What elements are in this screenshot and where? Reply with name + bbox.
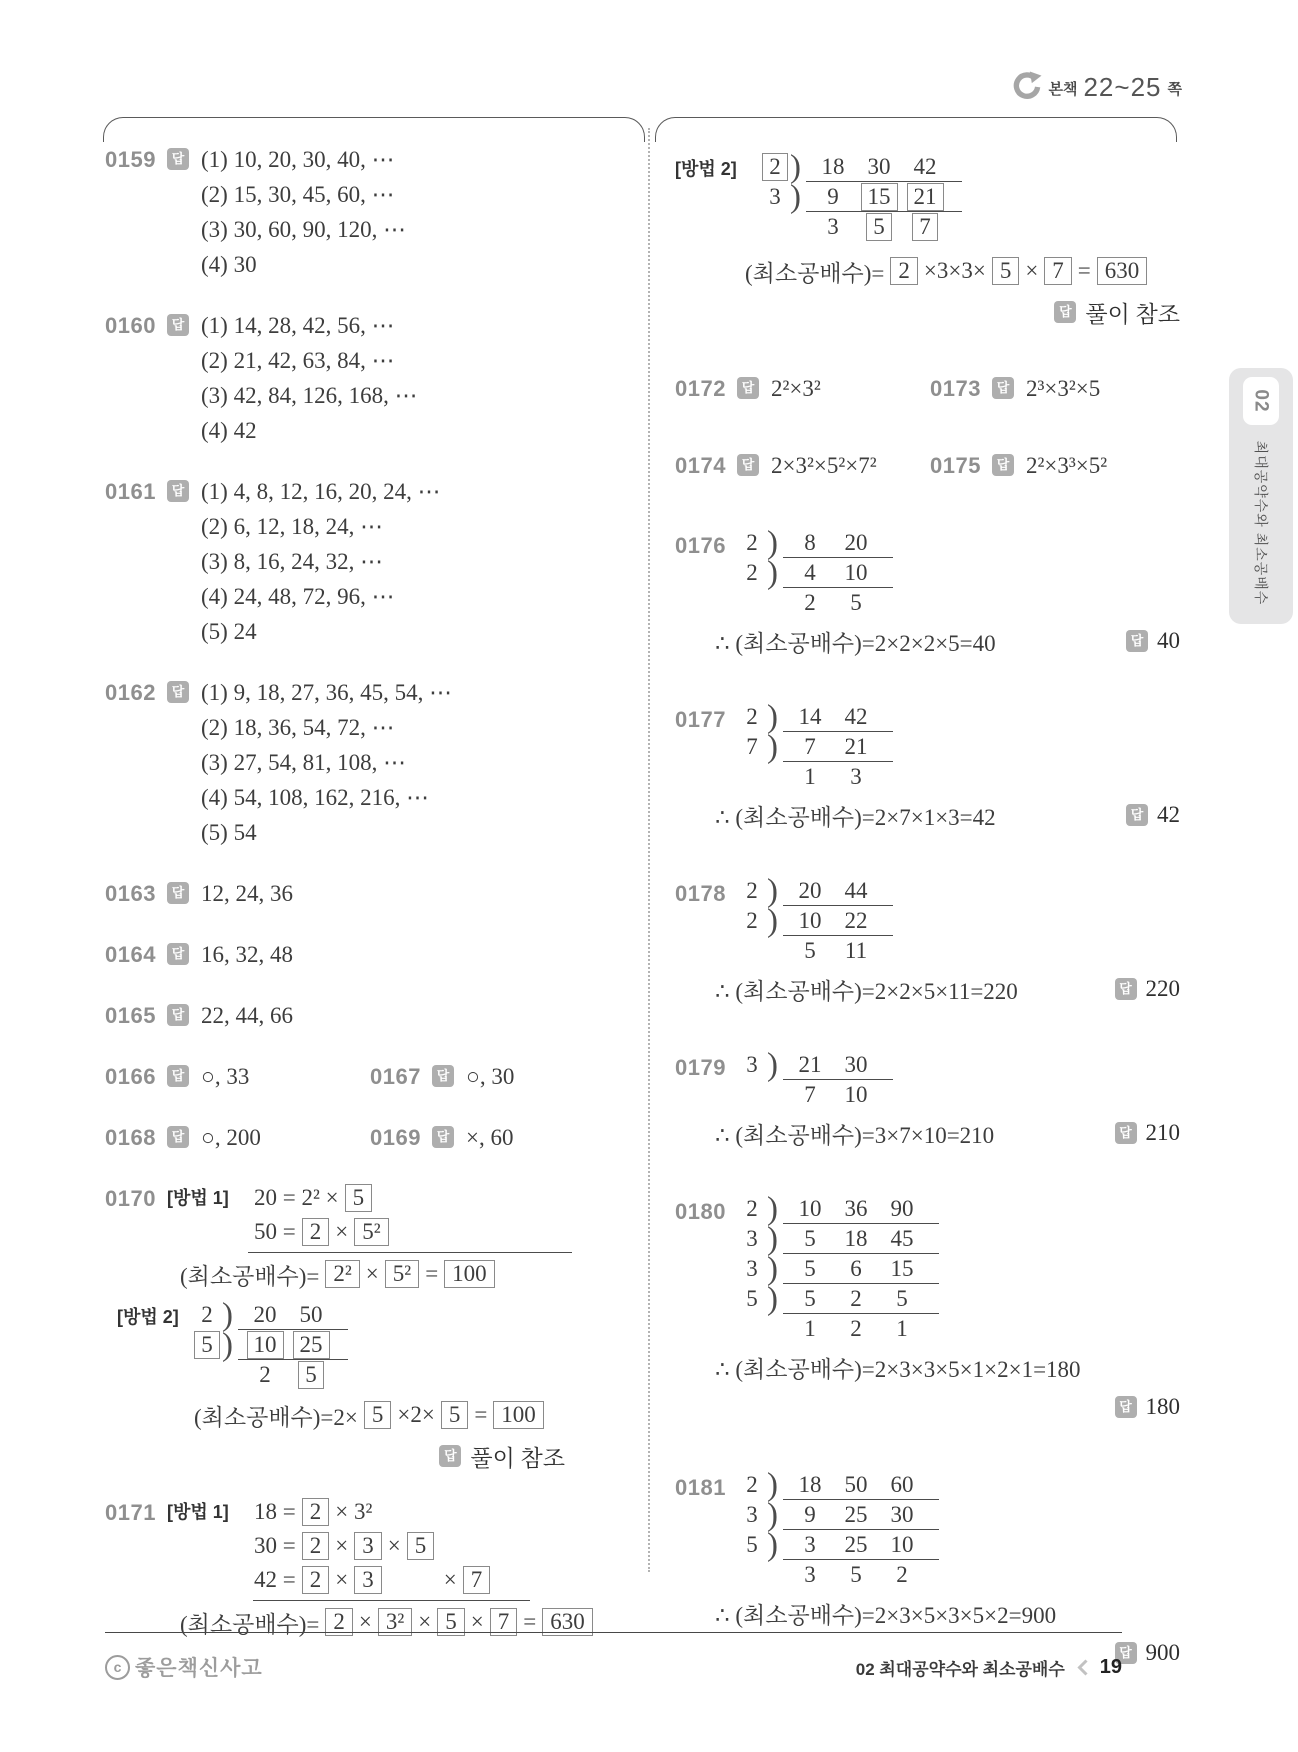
answer-list-item: (1) 4, 8, 12, 16, 20, 24, ⋯ [201,474,441,509]
division-cells: 103690 [783,1194,939,1224]
answer-list-item: (4) 42 [201,413,418,448]
answer-badge: 답 [1115,978,1137,1000]
division-cell: 10 [242,1331,288,1359]
answer-value: 풀이 참조 [1085,296,1180,329]
answer-text: 2²×3² [771,371,821,406]
factorization-line: 50 =2×5² [252,1215,393,1249]
method1-label: [방법 1] [167,1495,252,1530]
divisor: 2 [737,876,767,906]
division-paren: ) [767,876,783,906]
division-cell: 9 [787,1502,833,1528]
boxed-value: 5 [441,1401,469,1429]
divisor [737,936,767,966]
division-paren: ) [222,1300,238,1330]
division-cell: 30 [856,154,902,180]
division-table: 2)8202)41025 [737,528,893,618]
division-cell: 18 [787,1472,833,1498]
division-row: 3)2130 [737,1050,893,1080]
boxed-value: 630 [1097,257,1148,285]
conclusion-row: ∴ (최소공배수)=2×3×3×5×1×2×1=180 [715,1351,1180,1383]
division-cell: 25 [288,1331,334,1359]
problem-number: 0170 [105,1181,167,1216]
answer-badge: 답 [737,454,759,476]
division-paren: ) [767,1050,783,1080]
answer-badge: 답 [992,377,1014,399]
answer-list-item: (1) 10, 20, 30, 40, ⋯ [201,142,406,177]
problem-0171: 0171 [방법 1] 18 =2× 3² 30 =2×3×5 42 =2×3×… [105,1495,565,1639]
division-paren: ) [790,152,806,182]
division-cell: 2 [833,1316,879,1342]
boxed-value: 5 [992,257,1020,285]
division-cell: 18 [833,1226,879,1252]
answer-list: (1) 14, 28, 42, 56, ⋯(2) 21, 42, 63, 84,… [201,308,418,448]
division-cell: 90 [879,1196,925,1222]
division-cell: 3 [810,214,856,240]
answer-text: ×, 60 [466,1120,513,1155]
boxed-value: 5² [354,1218,388,1246]
conclusion-row: ∴ (최소공배수)=2×2×5×11=220 답 220 [715,973,1180,1005]
divisor: 2 [737,1194,767,1224]
answer-text: ○, 33 [201,1059,249,1094]
problem-0161: 0161 답 (1) 4, 8, 12, 16, 20, 24, ⋯(2) 6,… [105,474,565,649]
problem-0164: 0164 답 16, 32, 48 [105,937,565,972]
math-token: ×3×3× [924,258,986,284]
method2-block: [방법 2] 2)20505)102525 [117,1300,565,1390]
page-number: 19 [1100,1656,1122,1679]
problem-0170: 0170 [방법 1] 20 = 2² ×5 50 =2×5² (최소공배수)=… [105,1181,565,1471]
problem-0160: 0160 답 (1) 14, 28, 42, 56, ⋯(2) 21, 42, … [105,308,565,448]
answer-list-item: (3) 8, 16, 24, 32, ⋯ [201,544,441,579]
division-cell: 10 [787,908,833,934]
divisor: 3 [737,1050,767,1080]
division-row: 2)185060 [737,1470,939,1500]
division-paren: ) [767,1500,783,1530]
problem-number: 0160 [105,308,167,343]
division-cell: 14 [787,704,833,730]
divisor [737,1314,767,1344]
divisor [737,588,767,618]
problem-0159: 0159 답 (1) 10, 20, 30, 40, ⋯(2) 15, 30, … [105,142,565,282]
divisor: 3 [737,1254,767,1284]
math-token: × [335,1533,348,1559]
math-token: = [474,1402,487,1428]
division-cell: 20 [242,1302,288,1328]
division-row: 5)32510 [737,1530,939,1560]
division-cells: 352 [783,1560,939,1590]
divisor [760,212,790,242]
answer-line: 답 220 [1115,976,1181,1002]
division-row: 3)91521 [760,182,962,212]
boxed-value: 5 [345,1184,373,1212]
division-cell: 3 [833,764,879,790]
division-row: 13 [737,762,893,792]
division-table: 2)1830423)91521357 [760,152,962,242]
answer-badge: 답 [167,681,189,703]
division-cells: 25 [783,588,893,618]
answer-list-item: (5) 54 [201,815,452,850]
problem-number: 0174 [675,448,737,483]
division-row: 511 [737,936,893,966]
division-row: 3)5615 [737,1254,939,1284]
division-paren [767,936,783,966]
divisor: 2 [737,702,767,732]
division-cell: 6 [833,1256,879,1282]
division-cells: 1442 [783,702,893,732]
division-cell: 3 [787,1562,833,1588]
problem-number: 0162 [105,675,167,710]
answer-list: (1) 10, 20, 30, 40, ⋯(2) 15, 30, 45, 60,… [201,142,406,282]
division-cells: 710 [783,1080,893,1110]
divisor: 3 [737,1500,767,1530]
boxed-value: 2 [302,1566,330,1594]
division-row: 121 [737,1314,939,1344]
answer-badge: 답 [167,943,189,965]
math-token: 20 = 2² × [254,1185,339,1211]
problem-number: 0165 [105,998,167,1033]
problem-number: 0169 [370,1120,432,1155]
answer-line: 답 풀이 참조 [675,297,1180,327]
division-paren [767,1080,783,1110]
right-column: [방법 2] 2)1830423)91521357 (최소공배수)=2×3×3×… [675,152,1180,1713]
top-border-right [655,117,1177,142]
division-cell: 42 [833,704,879,730]
answer-list-item: (5) 24 [201,614,441,649]
division-cell: 45 [879,1226,925,1252]
lcm-formula: ∴ (최소공배수)=3×7×10=210 [715,1117,994,1150]
answer-badge: 답 [167,882,189,904]
chapter-number: 02 [1250,389,1272,412]
divisor: 2 [760,152,790,182]
boxed-value: 100 [444,1260,495,1288]
division-row: 5)525 [737,1284,939,1314]
problem-0181: 0181 2)1850603)925305)32510352 ∴ (최소공배수)… [675,1470,1180,1668]
division-paren: ) [767,1224,783,1254]
lcm-formula: ∴ (최소공배수)=2×3×5×3×5×2=900 [715,1597,1056,1630]
division-paren: ) [767,1254,783,1284]
division-row: 3)51845 [737,1224,939,1254]
division-cell: 30 [833,1052,879,1078]
divisor [737,1080,767,1110]
division-row: 2)1022 [737,906,893,936]
division-cells: 1022 [783,906,893,936]
division-cells: 721 [783,732,893,762]
answer-line: 답 풀이 참조 [105,1441,565,1471]
answer-badge: 답 [1054,301,1076,323]
divisor: 2 [192,1300,222,1330]
boxed-value: 3 [354,1566,382,1594]
math-token: (최소공배수)= [745,255,884,288]
division-cells: 2044 [783,876,893,906]
division-cell: 5 [856,213,902,241]
answer-text: 2³×3²×5 [1026,371,1100,406]
answer-badge: 답 [1115,1122,1137,1144]
math-token: × [444,1567,457,1593]
answer-text: ○, 200 [201,1120,261,1155]
division-cells: 5615 [783,1254,939,1284]
division-row: 5)1025 [192,1330,348,1360]
conclusion-row: ∴ (최소공배수)=3×7×10=210 답 210 [715,1117,1180,1149]
division-cells: 525 [783,1284,939,1314]
division-cell: 20 [787,878,833,904]
top-border-left [103,117,645,142]
answer-text: 12, 24, 36 [201,876,293,911]
division-cells: 2050 [238,1300,348,1330]
division-table: 3)2130710 [737,1050,893,1110]
footer-rule [105,1632,1122,1633]
division-row: 25 [192,1360,348,1390]
division-row: 710 [737,1080,893,1110]
answer-badge: 답 [432,1126,454,1148]
division-row: 2)1442 [737,702,893,732]
division-cell: 5 [787,1256,833,1282]
division-paren [790,212,806,242]
division-cell: 21 [902,183,948,211]
publisher-logo: c 좋은책신사고 [105,1652,263,1682]
math-token: (최소공배수)= [180,1258,319,1291]
division-cell: 4 [787,560,833,586]
division-table: 2)1850603)925305)32510352 [737,1470,939,1590]
division-cell: 1 [787,1316,833,1342]
answer-list-item: (3) 42, 84, 126, 168, ⋯ [201,378,418,413]
answer-badge: 답 [167,1126,189,1148]
problem-pair-0172-0173: 0172 답 2²×3² 0173 답 2³×3²×5 [675,371,1180,406]
divisor: 2 [737,906,767,936]
division-cells: 357 [806,212,962,242]
footer-chapter-info: 02 최대공약수와 최소공배수 19 [856,1655,1122,1680]
division-paren [767,1560,783,1590]
division-cell: 5 [787,1226,833,1252]
division-row: 2)820 [737,528,893,558]
division-cells: 820 [783,528,893,558]
problem-0162: 0162 답 (1) 9, 18, 27, 36, 45, 54, ⋯(2) 1… [105,675,565,850]
problem-0166: 0166 답 ○, 33 [105,1059,370,1094]
divisor: 2 [737,528,767,558]
division-cells: 121 [783,1314,939,1344]
answer-badge: 답 [167,1004,189,1026]
problem-0175: 0175 답 2²×3³×5² [930,448,1107,483]
problem-number: 0179 [675,1050,737,1085]
answer-list-item: (2) 6, 12, 18, 24, ⋯ [201,509,441,544]
boxed-value: 2 [302,1218,330,1246]
division-cells: 1025 [238,1330,348,1360]
division-row: 2)2050 [192,1300,348,1330]
division-paren: ) [222,1330,238,1360]
answer-value: 40 [1157,628,1180,654]
division-row: 2)410 [737,558,893,588]
factorization-line: 18 =2× 3² [252,1495,494,1529]
answer-badge: 답 [439,1445,461,1467]
problem-0176: 0176 2)8202)41025 ∴ (최소공배수)=2×2×2×5=40 답… [675,528,1180,657]
division-cells: 51845 [783,1224,939,1254]
boxed-value: 5² [385,1260,419,1288]
chapter-title-vertical: 최대공약수와 최소공배수 [1229,430,1293,616]
division-cells: 2130 [783,1050,893,1080]
division-cell: 9 [810,184,856,210]
problem-0172: 0172 답 2²×3² [675,371,930,406]
division-cell: 2 [879,1562,925,1588]
answer-value: 900 [1146,1640,1181,1666]
publisher-name: 좋은책신사고 [135,1652,263,1682]
problem-number: 0177 [675,702,737,737]
division-cell: 5 [288,1361,334,1389]
math-token: 30 = [254,1533,296,1559]
answer-list-item: (2) 18, 36, 54, 72, ⋯ [201,710,452,745]
division-cell: 42 [902,154,948,180]
problem-0169: 0169 답 ×, 60 [370,1120,513,1155]
problem-0173: 0173 답 2³×3²×5 [930,371,1100,406]
division-cell: 25 [833,1532,879,1558]
answer-list: (1) 9, 18, 27, 36, 45, 54, ⋯(2) 18, 36, … [201,675,452,850]
conclusion-row: ∴ (최소공배수)=2×2×2×5=40 답 40 [715,625,1180,657]
problem-number: 0167 [370,1059,432,1094]
problem-0178: 0178 2)20442)1022511 ∴ (최소공배수)=2×2×5×11=… [675,876,1180,1005]
answer-list-item: (4) 24, 48, 72, 96, ⋯ [201,579,441,614]
math-token: 42 = [254,1567,296,1593]
division-cells: 25 [238,1360,348,1390]
division-paren: ) [767,558,783,588]
answer-text: 16, 32, 48 [201,937,293,972]
boxed-value: 7 [1044,257,1072,285]
problem-0168: 0168 답 ○, 200 [105,1120,370,1155]
lcm-formula: (최소공배수)=2×3×3×5×7=630 [743,254,1180,288]
problem-0180: 0180 2)1036903)518453)56155)525121 ∴ (최소… [675,1194,1180,1422]
boxed-value: 100 [493,1401,544,1429]
division-cells: 91521 [806,182,962,212]
answer-list-item: (4) 30 [201,247,406,282]
answer-line: 답 40 [1126,628,1180,654]
lcm-formula: ∴ (최소공배수)=2×3×3×5×1×2×1=180 [715,1351,1081,1384]
division-cells: 410 [783,558,893,588]
problem-0179: 0179 3)2130710 ∴ (최소공배수)=3×7×10=210 답 21… [675,1050,1180,1149]
method2-label: [방법 2] [675,152,760,187]
answer-badge: 답 [1126,804,1148,826]
division-cell: 2 [242,1362,288,1388]
division-cell: 2 [833,1286,879,1312]
division-table: 2)20505)102525 [192,1300,348,1390]
answer-value: 180 [1146,1394,1181,1420]
book-page-range: 22~25 [1083,72,1161,103]
lcm-formula: (최소공배수)=2×5×2×5=100 [192,1398,565,1432]
chapter-side-tab: 02 최대공약수와 최소공배수 [1229,368,1293,624]
divisor: 3 [760,182,790,212]
boxed-value: 2² [325,1260,359,1288]
division-cell: 50 [288,1302,334,1328]
math-token: = [1078,258,1091,284]
answer-list-item: (2) 21, 42, 63, 84, ⋯ [201,343,418,378]
division-paren: ) [767,732,783,762]
answer-value: 210 [1146,1120,1181,1146]
book-reference: 본책 22~25 쪽 [1009,70,1182,103]
workbook-answer-page: 본책 22~25 쪽 02 최대공약수와 최소공배수 0159 답 (1) 10… [0,0,1298,1752]
answer-value: 42 [1157,802,1180,828]
answer-badge: 답 [1115,1396,1137,1418]
conclusion-row: ∴ (최소공배수)=2×7×1×3=42 답 42 [715,799,1180,831]
method1-block: 0171 [방법 1] 18 =2× 3² 30 =2×3×5 42 =2×3×… [105,1495,565,1597]
division-paren [767,1314,783,1344]
division-row: 352 [737,1560,939,1590]
divisor: 3 [737,1224,767,1254]
division-row: 2)183042 [760,152,962,182]
division-paren: ) [767,528,783,558]
answer-badge: 답 [1126,630,1148,652]
division-cell: 50 [833,1472,879,1498]
boxed-value: 2 [302,1532,330,1560]
answer-list-item: (4) 54, 108, 162, 216, ⋯ [201,780,452,815]
lcm-formula: ∴ (최소공배수)=2×2×2×5=40 [715,625,996,658]
division-cell: 21 [833,734,879,760]
divisor: 5 [737,1530,767,1560]
problem-0174: 0174 답 2×3²×5²×7² [675,448,930,483]
answer-text: 22, 44, 66 [201,998,293,1033]
answer-line: 답 42 [1126,802,1180,828]
problem-number: 0161 [105,474,167,509]
math-token: × [366,1261,379,1287]
division-cell: 5 [787,1286,833,1312]
lcm-formula: (최소공배수)=2²×5²=100 [178,1257,565,1291]
problem-number: 0172 [675,371,737,406]
division-cell: 5 [879,1286,925,1312]
book-page-suffix: 쪽 [1168,78,1183,103]
answer-list-item: (1) 14, 28, 42, 56, ⋯ [201,308,418,343]
division-cell: 10 [879,1532,925,1558]
refresh-arrow-icon [1009,70,1042,103]
problem-number: 0181 [675,1470,737,1505]
problem-0177: 0177 2)14427)72113 ∴ (최소공배수)=2×7×1×3=42 … [675,702,1180,831]
division-cell: 1 [787,764,833,790]
problem-pair-0168-0169: 0168 답 ○, 200 0169 답 ×, 60 [105,1120,565,1155]
column-divider [648,128,650,1572]
division-row: 25 [737,588,893,618]
answer-value: 풀이 참조 [470,1440,565,1473]
math-token: ×2× [397,1402,434,1428]
division-cell: 5 [833,1562,879,1588]
divisor: 5 [192,1330,222,1360]
math-token: (최소공배수)= [180,1606,319,1639]
division-paren: ) [767,1194,783,1224]
factorization-line: 42 =2×3×7 [252,1563,494,1597]
answer-badge: 답 [167,314,189,336]
division-cell: 10 [833,1082,879,1108]
boxed-value: 5 [407,1532,435,1560]
division-paren: ) [767,702,783,732]
division-row: 7)721 [737,732,893,762]
division-cell: 3 [787,1532,833,1558]
division-row: 2)2044 [737,876,893,906]
answer-badge: 답 [432,1065,454,1087]
problem-pair-0174-0175: 0174 답 2×3²×5²×7² 0175 답 2²×3³×5² [675,448,1180,483]
method1-lines: 18 =2× 3² 30 =2×3×5 42 =2×3×7 [252,1495,494,1597]
answer-text: 2²×3³×5² [1026,448,1107,483]
divisor: 2 [737,1470,767,1500]
divisor [192,1360,222,1390]
division-row: 3)92530 [737,1500,939,1530]
division-cell: 20 [833,530,879,556]
math-token: 50 = [254,1219,296,1245]
problem-number: 0178 [675,876,737,911]
division-cell: 21 [787,1052,833,1078]
problem-pair-0166-0167: 0166 답 ○, 33 0167 답 ○, 30 [105,1059,565,1094]
division-cell: 30 [879,1502,925,1528]
division-cell: 18 [810,154,856,180]
division-cell: 15 [879,1256,925,1282]
problem-number: 0163 [105,876,167,911]
sum-rule [253,1600,530,1601]
answer-list-item: (3) 30, 60, 90, 120, ⋯ [201,212,406,247]
method2-block: [방법 2] 2)1830423)91521357 [675,152,1180,242]
division-cell: 5 [833,590,879,616]
method1-block: 0170 [방법 1] 20 = 2² ×5 50 =2×5² [105,1181,565,1249]
math-token: 18 = [254,1499,296,1525]
